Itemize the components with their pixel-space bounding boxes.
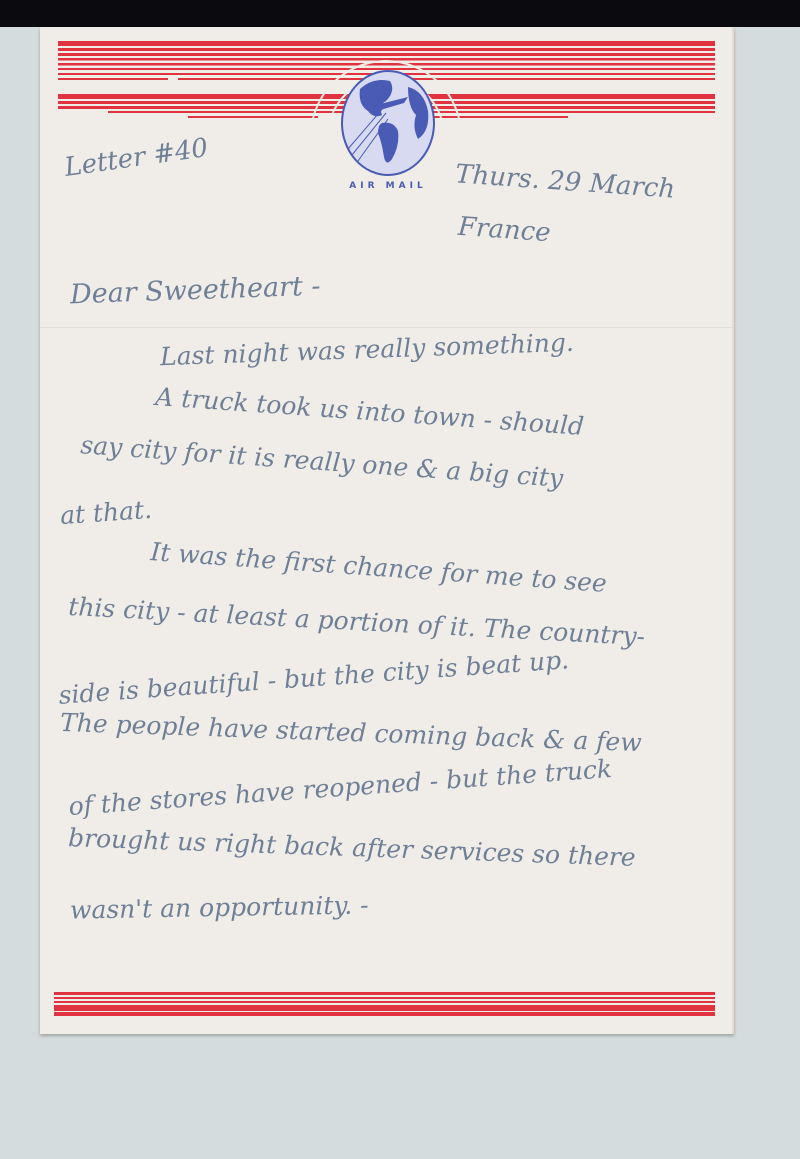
- body-line: side is beautiful - but the city is beat…: [58, 647, 570, 708]
- airmail-label: AIR MAIL: [328, 181, 448, 191]
- paper-fold-line: [40, 327, 732, 328]
- globe-with-airplane-icon: [338, 67, 438, 179]
- body-line: at that.: [59, 497, 152, 528]
- letter-greeting: Dear Sweetheart -: [70, 273, 321, 309]
- letterhead-bottom-stripes: [54, 992, 715, 1018]
- body-line: say city for it is really one & a big ci…: [80, 432, 564, 491]
- body-line: this city - at least a portion of it. Th…: [68, 594, 646, 649]
- body-line: brought us right back after services so …: [68, 825, 636, 870]
- body-line: Last night was really something.: [160, 330, 575, 369]
- letter-location: France: [457, 214, 551, 246]
- body-line: A truck took us into town - should: [155, 384, 585, 439]
- scanner-top-band: [0, 0, 800, 27]
- airmail-letter-sheet: AIR MAIL Letter #40 Thurs. 29 March Fran…: [40, 27, 734, 1034]
- body-line: The people have started coming back & a …: [60, 710, 642, 755]
- body-line: wasn't an opportunity. -: [70, 892, 369, 922]
- body-line: It was the first chance for me to see: [150, 539, 608, 596]
- letter-number: Letter #40: [63, 135, 210, 181]
- body-line: of the stores have reopened - but the tr…: [68, 756, 613, 819]
- letter-date: Thurs. 29 March: [454, 161, 676, 202]
